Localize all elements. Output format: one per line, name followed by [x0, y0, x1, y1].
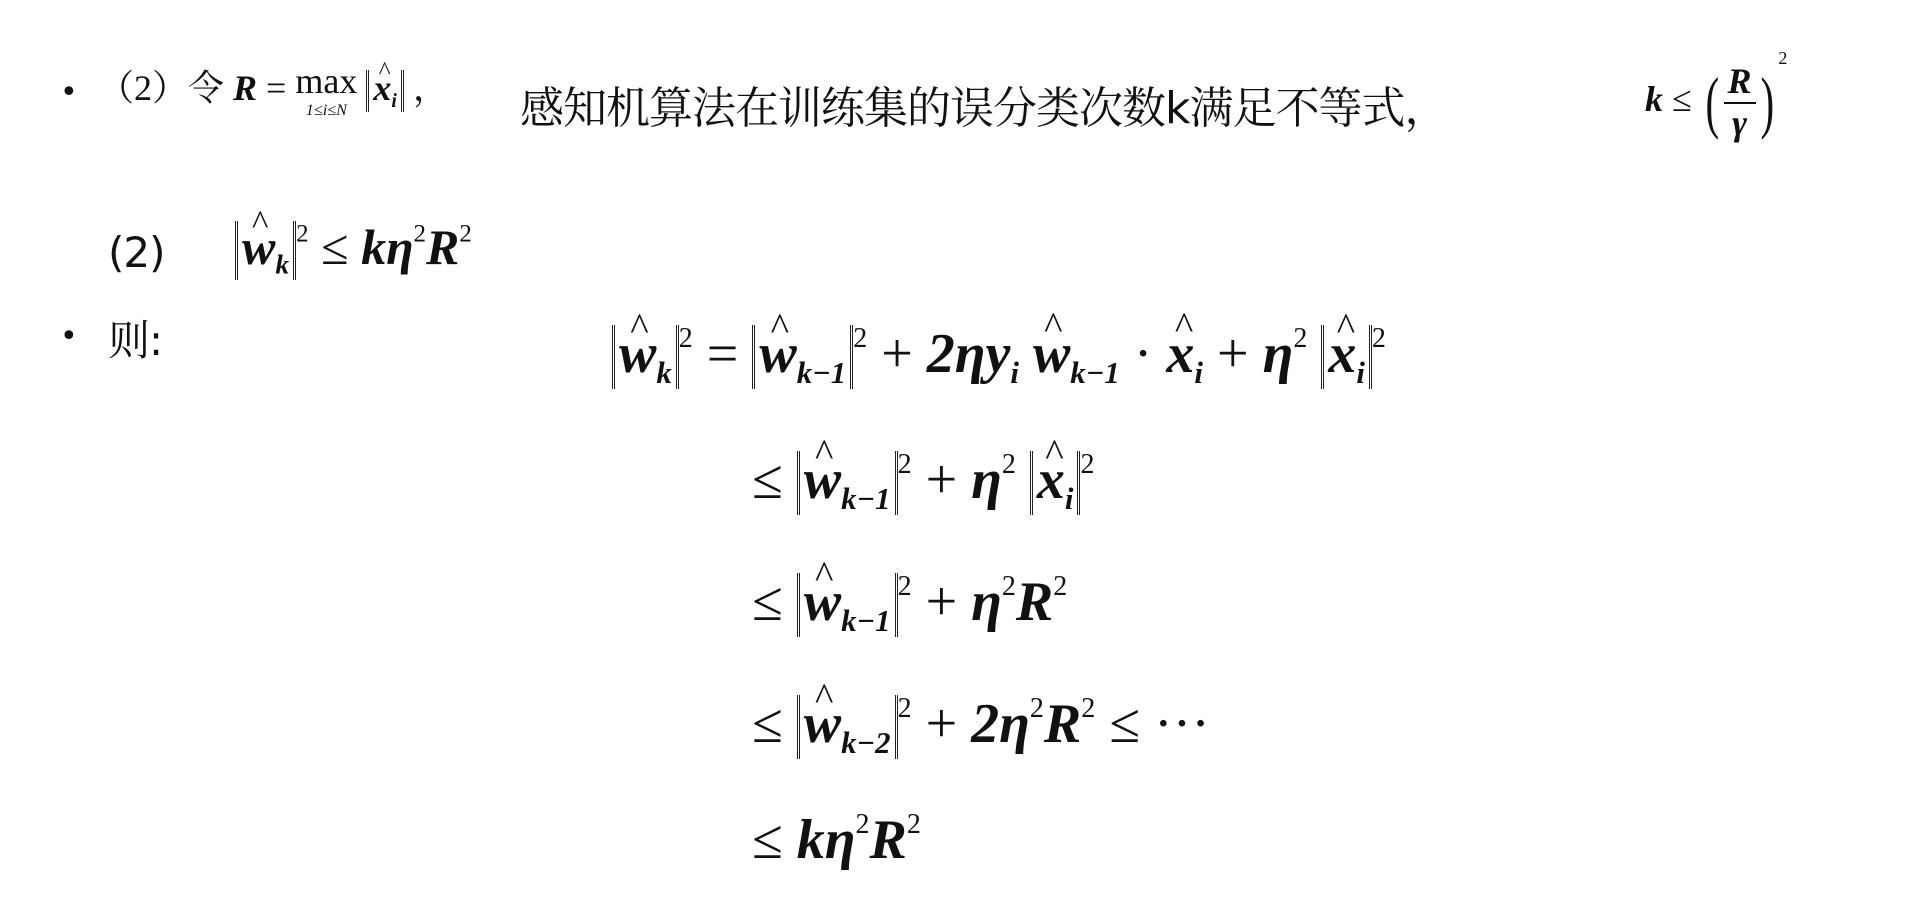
exp: 2: [459, 221, 472, 248]
norm-w-hat-k: wk: [235, 221, 296, 280]
leq-sign: ≤: [752, 809, 783, 871]
eta: η: [971, 571, 1002, 633]
derivation-row-5: ≤ kη2R2: [752, 808, 921, 872]
derivation-row-1: wk2 = wk−12 + 2ηyi wk−1 · xi + η2 xi2: [612, 322, 1386, 391]
x-hat: x: [373, 70, 391, 108]
leq-sign: ≤: [321, 219, 348, 275]
derivation-row-2: ≤ wk−12 + η2 xi2: [752, 448, 1094, 515]
leq-sign: ≤: [752, 693, 783, 755]
plus-sign: +: [926, 693, 958, 755]
leq-sign: ≤: [752, 571, 783, 633]
ellipsis: ···: [1154, 693, 1210, 755]
item2-inequality: wk2 ≤ kη2R2: [235, 218, 472, 280]
comma: ，: [413, 68, 449, 108]
bullet-icon: •: [60, 322, 78, 352]
var-R: R: [426, 219, 459, 275]
frac-denominator: γ: [1732, 104, 1747, 144]
bullet-icon: •: [60, 78, 78, 108]
norm-w-k-1: wk−1: [797, 451, 898, 515]
item3-label: 则:: [108, 308, 162, 368]
max-label: max: [295, 60, 357, 102]
item2-label: (2): [108, 228, 165, 277]
right-paren: ): [1760, 63, 1774, 142]
item1-prefix: （2）令: [98, 68, 224, 108]
norm-x-i: xi: [1321, 325, 1372, 389]
term-2-eta-y: 2ηy: [927, 323, 1011, 385]
frac-numerator: R: [1724, 62, 1756, 104]
norm-w-k-1: wk−1: [797, 573, 898, 637]
item1-bound: k ≤ ( R γ )2: [1645, 48, 1787, 143]
w-hat: w: [1033, 322, 1070, 386]
item1-math-prefix: （2）令 R = max 1≤i≤N xi ，: [98, 60, 449, 118]
norm-x-i: xi: [1030, 451, 1081, 515]
left-paren: (: [1705, 63, 1719, 142]
derivation-row-4: ≤ wk−22 + 2η2R2 ≤ ···: [752, 692, 1210, 759]
equals-sign: =: [707, 323, 739, 385]
plus-sign: +: [1217, 323, 1249, 385]
x-sub: i: [391, 90, 397, 112]
x-hat: x: [1166, 322, 1194, 386]
w-sub: k: [275, 249, 289, 280]
leq-sign: ≤: [1109, 693, 1140, 755]
var-R: R: [1044, 693, 1081, 755]
exp: 2: [296, 221, 309, 248]
leq-sign: ≤: [1672, 79, 1692, 119]
var-R: R: [233, 68, 257, 108]
k-eta: kη: [797, 809, 856, 871]
w-hat: w: [242, 221, 275, 274]
max-limits: 1≤i≤N: [306, 102, 347, 118]
item1-text: 感知机算法在训练集的误分类次数k满足不等式，: [520, 72, 1447, 136]
norm-x-hat: xi: [366, 70, 404, 112]
exponent: 2: [1778, 48, 1787, 68]
dot-product: ·: [1134, 323, 1153, 385]
leq-sign: ≤: [752, 449, 783, 511]
plus-sign: +: [926, 449, 958, 511]
equals-sign: =: [266, 68, 286, 108]
exp: 2: [414, 221, 427, 248]
norm-w-k: wk: [612, 325, 679, 389]
plus-sign: +: [881, 323, 913, 385]
two-eta: 2η: [971, 693, 1030, 755]
plus-sign: +: [926, 571, 958, 633]
norm-w-k-2: wk−2: [797, 695, 898, 759]
norm-w-k-1: wk−1: [752, 325, 853, 389]
fraction-R-over-gamma: R γ: [1724, 62, 1756, 143]
k-eta: kη: [361, 219, 413, 275]
derivation-row-3: ≤ wk−12 + η2R2: [752, 570, 1067, 637]
max-operator: max 1≤i≤N: [295, 60, 357, 118]
var-k: k: [1645, 79, 1663, 119]
eta: η: [1263, 323, 1294, 385]
var-R: R: [1016, 571, 1053, 633]
var-R: R: [869, 809, 906, 871]
eta: η: [971, 449, 1002, 511]
